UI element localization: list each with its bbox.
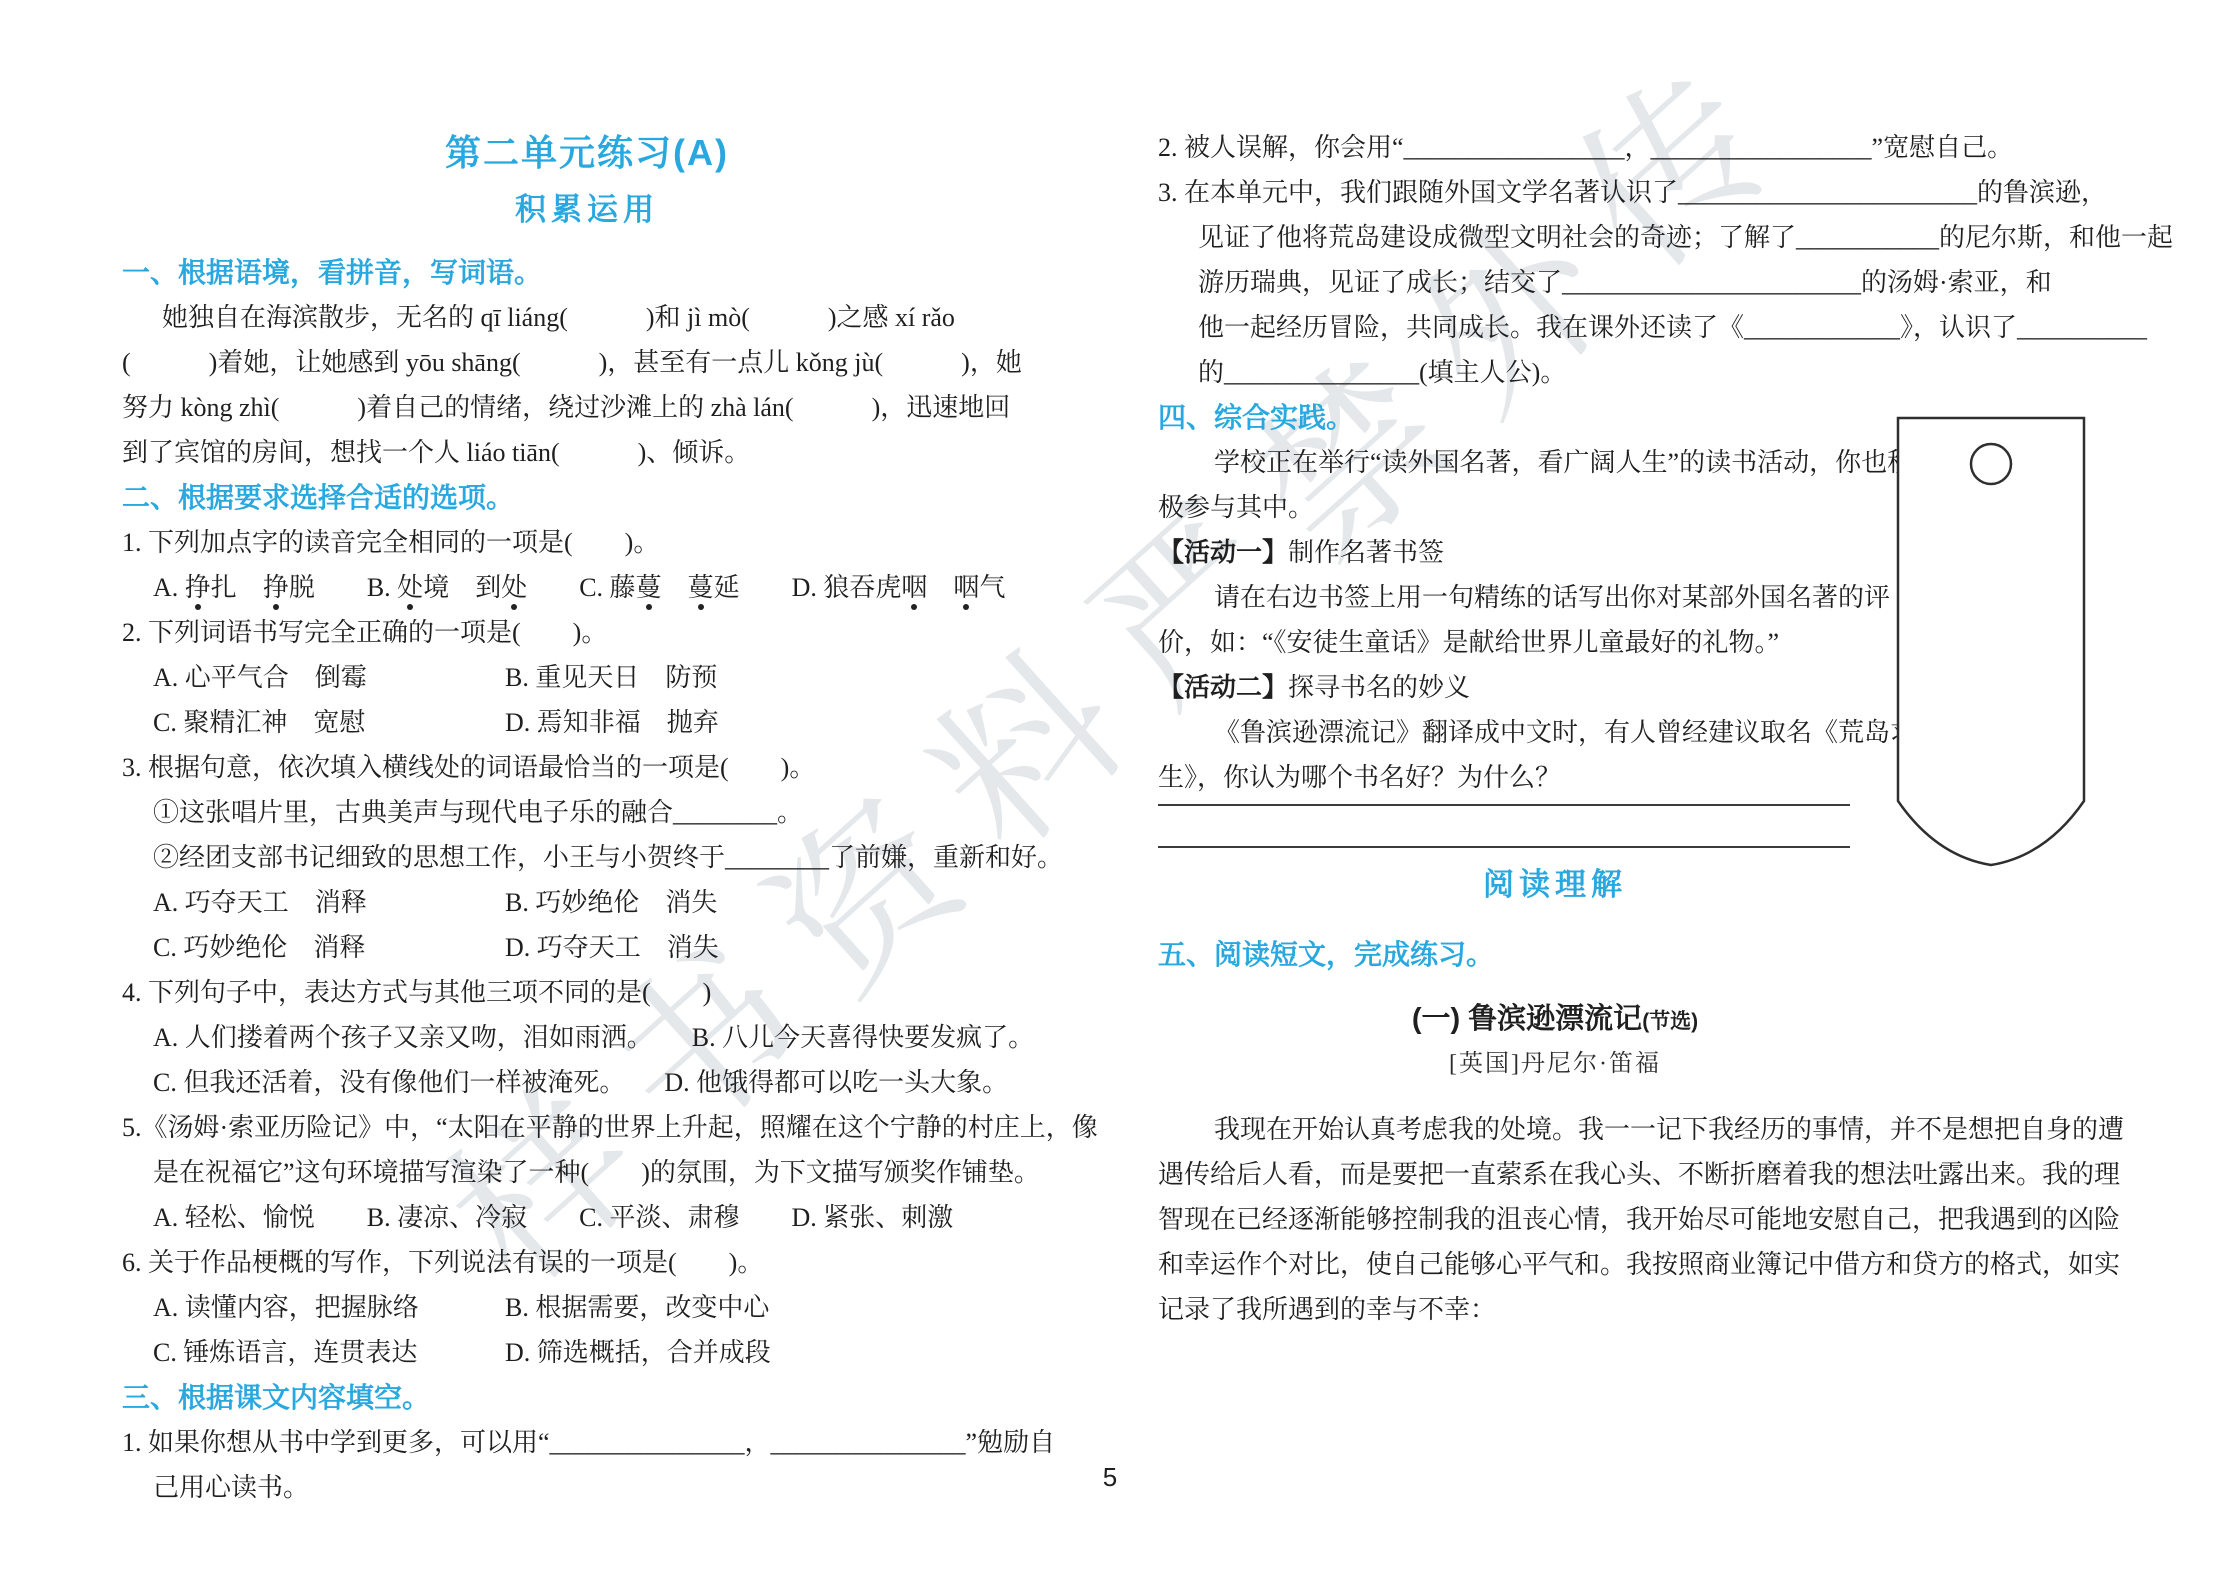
question-2-options-row: C. 聚精汇神 宽慰 D. 焉知非福 抛弃 (122, 700, 1052, 745)
passage-title-sub: (节选) (1642, 1010, 1698, 1033)
question-5-options: A. 轻松、愉悦 B. 凄凉、冷寂 C. 平淡、肃穆 D. 紧张、刺激 (122, 1195, 1052, 1240)
passage-body: 我现在开始认真考虑我的处境。我一一记下我经历的事情，并不是想把自身的遭 遇传给后… (1158, 1107, 2102, 1332)
activity-2-tag: 【活动二】 (1158, 672, 1288, 702)
activity-2-heading: 【活动二】探寻书名的妙义 (1158, 665, 1850, 710)
activity-2-line: 生》，你认为哪个书名好？为什么？ (1158, 755, 1850, 800)
question-4: 4. 下列句子中，表达方式与其他三项不同的是( ) (122, 970, 1052, 1015)
activity-intro-line: 极参与其中。 (1158, 485, 1850, 530)
fill-in-question-2: 2. 被人误解，你会用“_________________，__________… (1158, 125, 2102, 170)
option-d: D. 巧夺天工 消失 (505, 925, 719, 970)
pinyin-paragraph-line: ( )着她，让她感到 yōu shāng( )，甚至有一点儿 kǒng jù( … (122, 340, 1052, 385)
question-3-sub2: ②经团支部书记细致的思想工作，小王与小贺终于________了前嫌，重新和好。 (122, 835, 1052, 880)
question-4-options-row: C. 但我还活着，没有像他们一样被淹死。 D. 他饿得都可以吃一头大象。 (122, 1060, 1052, 1105)
activity-1-title: 制作名著书签 (1288, 538, 1444, 567)
question-1: 1. 下列加点字的读音完全相同的一项是( )。 (122, 520, 1052, 565)
fill-in-question-3-line: 游历瑞典，见证了成长；结交了_______________________的汤姆… (1158, 260, 2102, 305)
passage-title-main: (一) 鲁滨逊漂流记 (1412, 1003, 1642, 1035)
option-c: C. 聚精汇神 宽慰 (153, 700, 505, 745)
option-d: D. 筛选概括，合并成段 (505, 1330, 771, 1375)
activity-2-line: 《鲁滨逊漂流记》翻译成中文时，有人曾经建议取名《荒岛求 (1158, 710, 1850, 755)
passage-line: 遇传给后人看，而是要把一直萦系在我心头、不断折磨着我的想法吐露出来。我的理 (1158, 1152, 2102, 1197)
question-5-line2: 是在祝福它”这句环境描写渲染了一种( )的氛围，为下文描写颁奖作铺垫。 (122, 1150, 1052, 1195)
section-3-heading: 三、根据课文内容填空。 (122, 1375, 1052, 1420)
pinyin-paragraph-line: 她独自在海滨散步，无名的 qī liáng( )和 jì mò( )之感 xí … (122, 295, 1052, 340)
option-a: A. 心平气合 倒霉 (153, 655, 505, 700)
section-4-body: 学校正在举行“读外国名著，看广阔人生”的读书活动，你也积 极参与其中。 【活动一… (1158, 440, 1850, 848)
question-3: 3. 根据句意，依次填入横线处的词语最恰当的一项是( )。 (122, 745, 1052, 790)
page-number: 5 (0, 1462, 2220, 1493)
pinyin-paragraph-line: 到了宾馆的房间，想找一个人 liáo tiān( )、倾诉。 (122, 430, 1052, 475)
section-1-heading: 一、根据语境，看拼音，写词语。 (122, 250, 1052, 295)
activity-intro-line: 学校正在举行“读外国名著，看广阔人生”的读书活动，你也积 (1158, 440, 1850, 485)
unit-title: 第二单元练习(A) (122, 130, 1052, 175)
pinyin-paragraph-line: 努力 kòng zhì( )着自己的情绪，绕过沙滩上的 zhà lán( )，迅… (122, 385, 1052, 430)
passage-line: 智现在已经逐渐能够控制我的沮丧心情，我开始尽可能地安慰自己，把我遇到的凶险 (1158, 1197, 2102, 1242)
bookmark-shape (1896, 416, 2086, 868)
passage-byline: [英国]丹尼尔·笛福 (1158, 1042, 2102, 1087)
option-b: B. 根据需要，改变中心 (505, 1285, 769, 1330)
option-b: B. 巧妙绝伦 消失 (505, 880, 717, 925)
question-3-sub1: ①这张唱片里，古典美声与现代电子乐的融合________。 (122, 790, 1052, 835)
fill-in-question-3-line: 见证了他将荒岛建设成微型文明社会的奇迹；了解了___________的尼尔斯，和… (1158, 215, 2102, 260)
option-a: A. 读懂内容，把握脉络 (153, 1285, 505, 1330)
section-banner-reading: 阅读理解 (1158, 862, 2102, 907)
fill-in-question-1-line1: 1. 如果你想从书中学到更多，可以用“_______________，_____… (122, 1420, 1052, 1465)
option-a: A. 巧夺天工 消释 (153, 880, 505, 925)
question-6-options-row: A. 读懂内容，把握脉络 B. 根据需要，改变中心 (122, 1285, 1052, 1330)
passage-line: 我现在开始认真考虑我的处境。我一一记下我经历的事情，并不是想把自身的遭 (1158, 1107, 2102, 1152)
activity-1-line: 价，如：“《安徒生童话》是献给世界儿童最好的礼物。” (1158, 620, 1850, 665)
question-1-options: A. 挣扎 挣脱 B. 处境 到处 C. 藤蔓 蔓延 D. 狼吞虎咽 咽气 (122, 565, 1052, 610)
question-3-options-row: C. 巧妙绝伦 消释 D. 巧夺天工 消失 (122, 925, 1052, 970)
passage-title: (一) 鲁滨逊漂流记(节选) (1158, 997, 2102, 1042)
question-4-options-row: A. 人们搂着两个孩子又亲又吻，泪如雨洒。 B. 八儿今天喜得快要发疯了。 (122, 1015, 1052, 1060)
option-b: B. 重见天日 防预 (505, 655, 717, 700)
question-2-options-row: A. 心平气合 倒霉 B. 重见天日 防预 (122, 655, 1052, 700)
passage-line: 和幸运作个对比，使自己能够心平气和。我按照商业簿记中借方和贷方的格式，如实 (1158, 1242, 2102, 1287)
question-5-line1: 5.《汤姆·索亚历险记》中，“太阳在平静的世界上升起，照耀在这个宁静的村庄上，像 (122, 1105, 1052, 1150)
section-5-heading: 五、阅读短文，完成练习。 (1158, 932, 2102, 977)
fill-in-question-3-line: 的_______________(填主人公)。 (1158, 350, 2102, 395)
left-column: 第二单元练习(A) 积累运用 一、根据语境，看拼音，写词语。 她独自在海滨散步，… (122, 0, 1052, 1510)
activity-1-tag: 【活动一】 (1158, 537, 1288, 567)
question-3-options-row: A. 巧夺天工 消释 B. 巧妙绝伦 消失 (122, 880, 1052, 925)
activity-2-title: 探寻书名的妙义 (1288, 673, 1470, 702)
worksheet-page: 样书资料严禁外传 第二单元练习(A) 积累运用 一、根据语境，看拼音，写词语。 … (0, 0, 2220, 1571)
activity-1-heading: 【活动一】制作名著书签 (1158, 530, 1850, 575)
option-c: C. 锤炼语言，连贯表达 (153, 1330, 505, 1375)
fill-in-question-3-line: 3. 在本单元中，我们跟随外国文学名著认识了__________________… (1158, 170, 2102, 215)
activity-1-line: 请在右边书签上用一句精练的话写出你对某部外国名著的评 (1158, 575, 1850, 620)
section-2-heading: 二、根据要求选择合适的选项。 (122, 475, 1052, 520)
fill-in-question-3-line: 他一起经历冒险，共同成长。我在课外还读了《____________》，认识了__… (1158, 305, 2102, 350)
passage-line: 记录了我所遇到的幸与不幸： (1158, 1287, 2102, 1332)
option-d: D. 焉知非福 抛弃 (505, 700, 719, 745)
answer-line (1158, 806, 1850, 848)
bookmark-hole (1971, 444, 2011, 484)
option-c: C. 巧妙绝伦 消释 (153, 925, 505, 970)
question-6: 6. 关于作品梗概的写作，下列说法有误的一项是( )。 (122, 1240, 1052, 1285)
question-6-options-row: C. 锤炼语言，连贯表达 D. 筛选概括，合并成段 (122, 1330, 1052, 1375)
section-banner-accumulation: 积累运用 (122, 187, 1052, 232)
question-2: 2. 下列词语书写完全正确的一项是( )。 (122, 610, 1052, 655)
